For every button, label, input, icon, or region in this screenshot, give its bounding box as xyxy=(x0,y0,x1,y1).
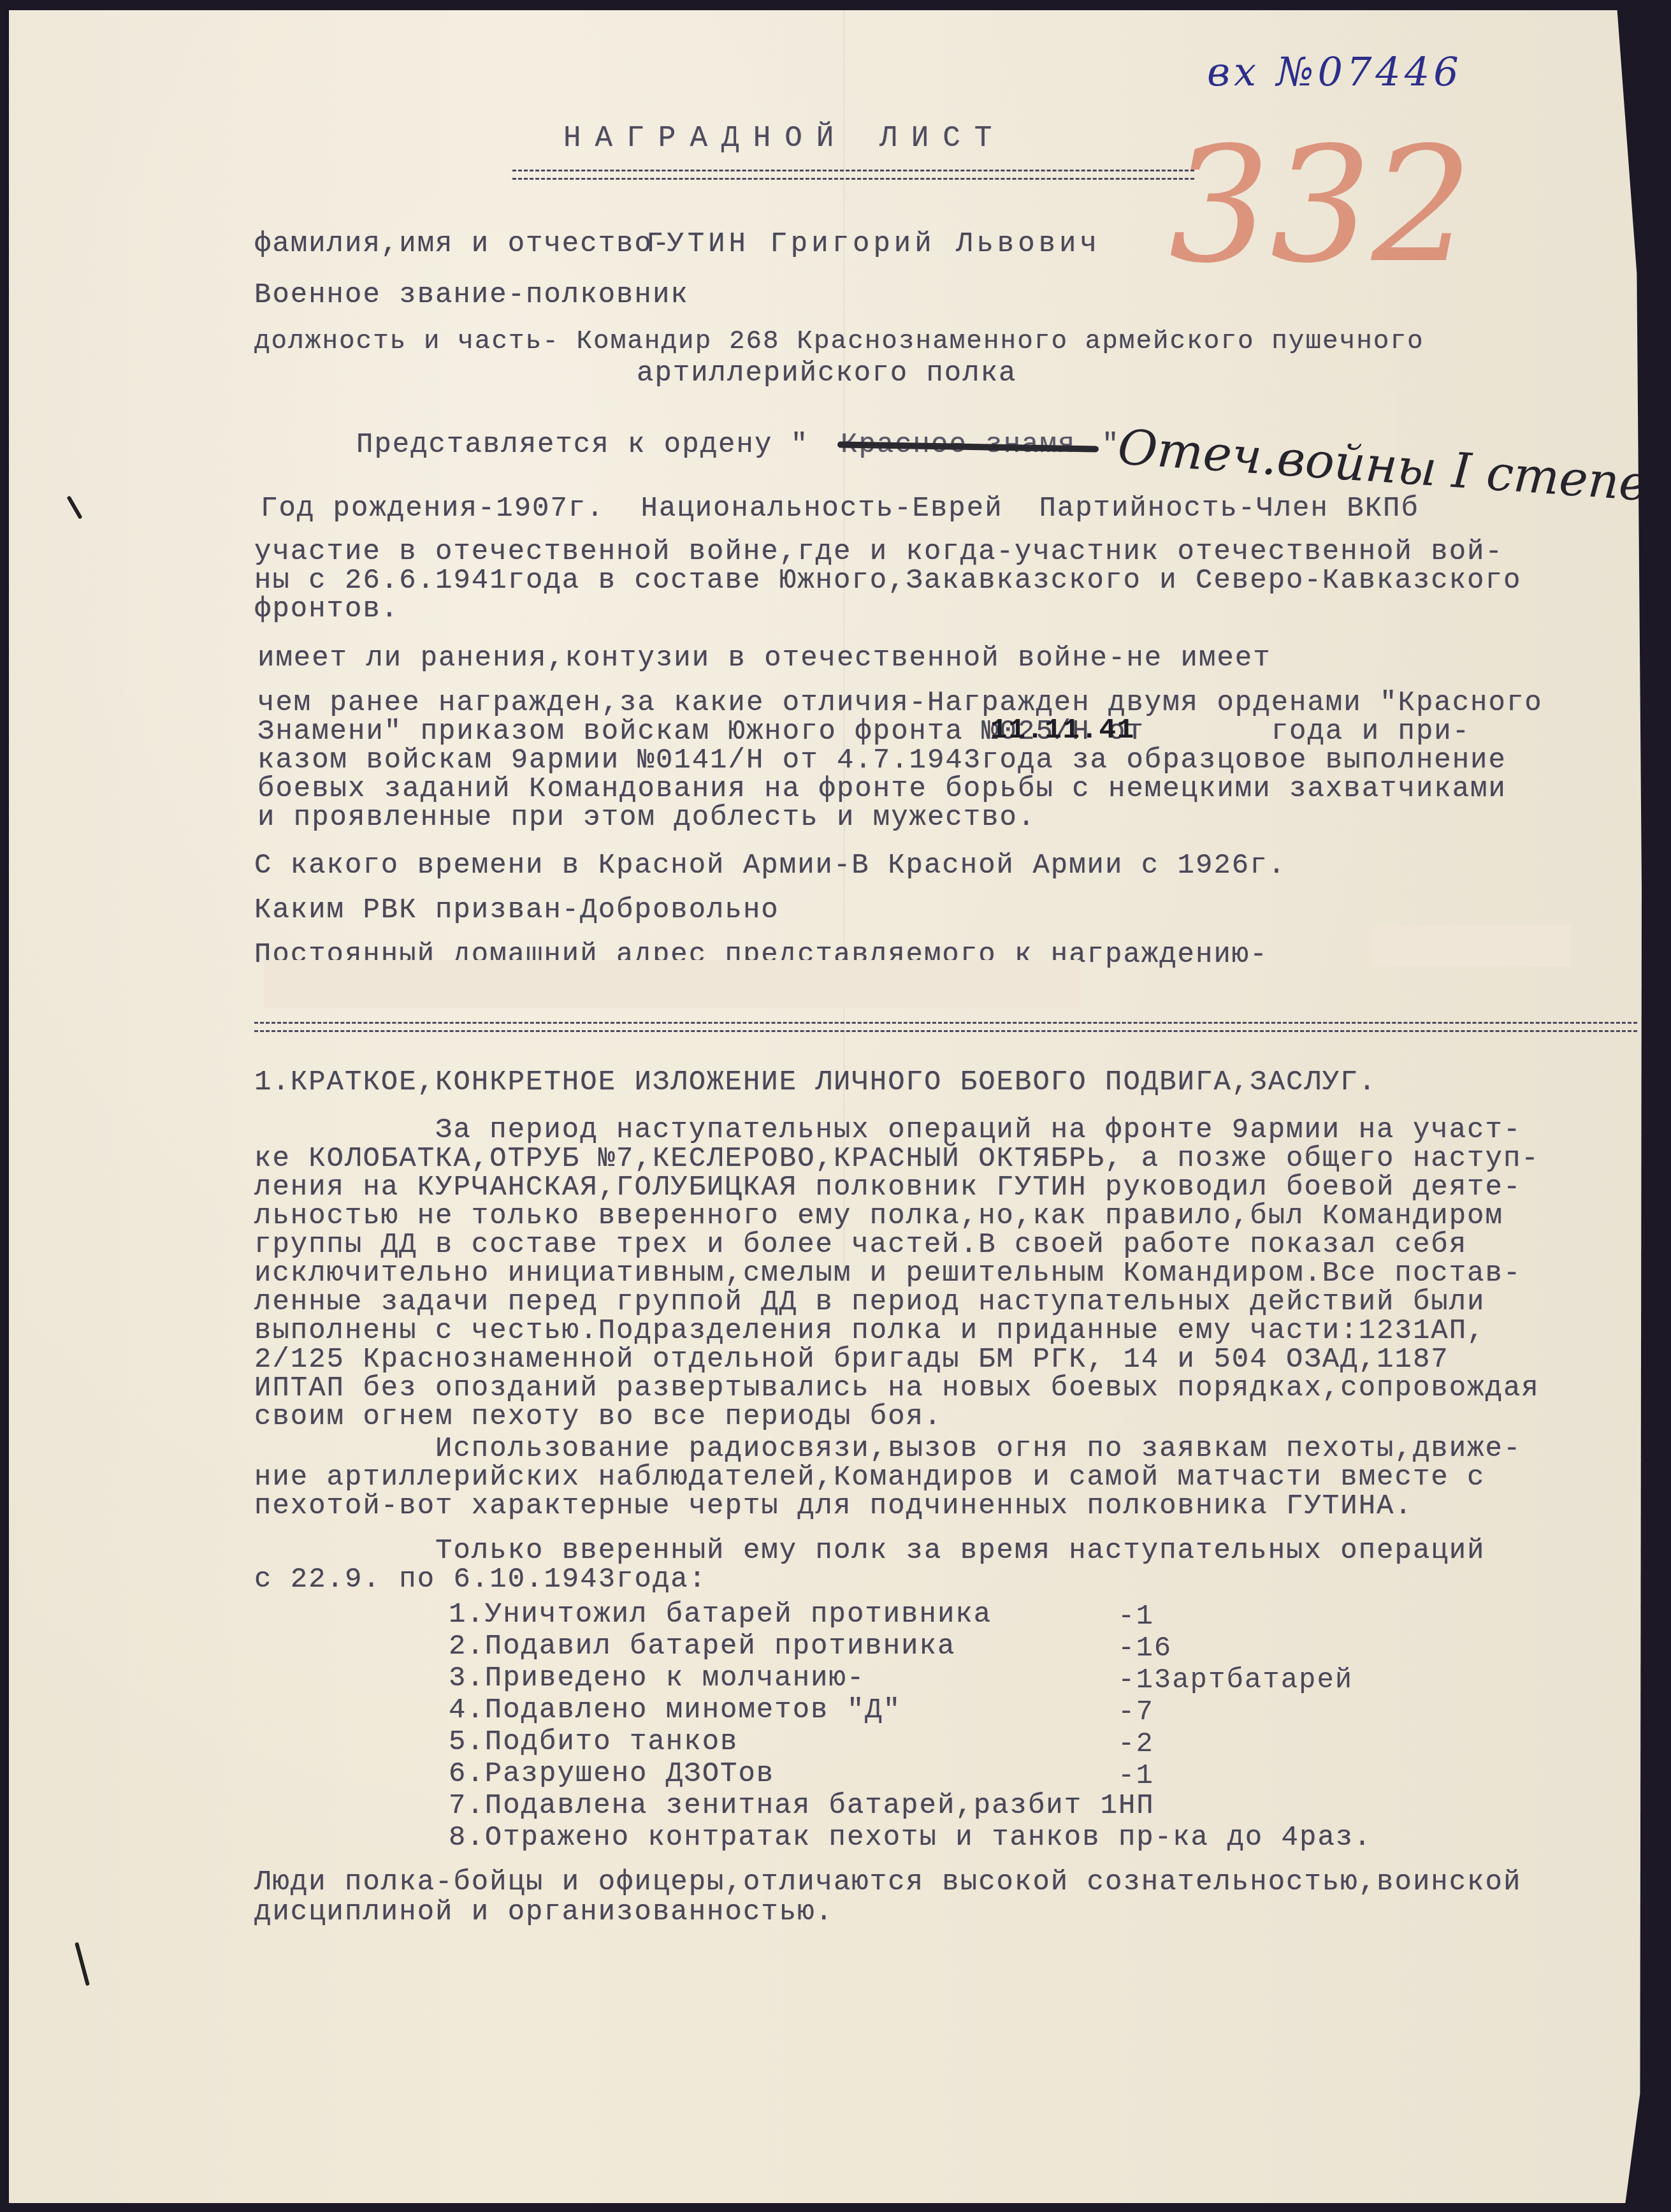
previous-awards-line: чем ранее награжден,за какие отличия-Наг… xyxy=(257,689,1543,717)
narrative-line: группы ДД в составе трех и более частей.… xyxy=(254,1231,1467,1259)
result-item: 1.Уничтожил батарей противника xyxy=(449,1601,992,1629)
margin-ink-mark xyxy=(75,1942,90,1986)
title-double-rule xyxy=(512,170,1194,180)
narrative-line: ке КОЛОБАТКА,ОТРУБ №7,КЕСЛЕРОВО,КРАСНЫЙ … xyxy=(254,1145,1540,1173)
result-value: -7 xyxy=(1118,1696,1154,1728)
wounds-line: имеет ли ранения,контузии в отечественно… xyxy=(257,644,1271,673)
result-item: 7.Подавлена зенитная батарей,разбит 1НП xyxy=(449,1792,1155,1820)
war-participation-line: участие в отечественной войне,где и когд… xyxy=(254,538,1503,566)
narrative-line: исключительно инициативным,смелым и реши… xyxy=(254,1260,1521,1288)
narrative-line: пехотой-вот характерные черты для подчин… xyxy=(254,1492,1413,1520)
result-item: 2.Подавил батарей противника xyxy=(449,1633,955,1661)
result-item: 8.Отражено контратак пехоты и танков пр-… xyxy=(449,1824,1372,1852)
result-value: -2 xyxy=(1118,1728,1154,1760)
previous-awards-line: Знамени" приказом войскам Южного фронта … xyxy=(257,718,1470,746)
result-value: -13артбатарей xyxy=(1118,1664,1353,1696)
narrative-line: Только вверенный ему полк за время насту… xyxy=(254,1537,1486,1565)
result-item: 3.Приведено к молчанию- xyxy=(449,1664,865,1692)
nominated-label: Представляется к ордену " xyxy=(356,431,809,459)
previous-awards-line: казом войскам 9армии №0141/Н от 4.7.1943… xyxy=(257,746,1507,775)
army-since-line: С какого времени в Красной Армии-В Красн… xyxy=(254,852,1286,880)
result-item: 6.Разрушено ДЗОТов xyxy=(449,1760,774,1788)
result-item: 5.Подбито танков xyxy=(449,1728,738,1756)
position-line-1: должность и часть- Командир 268 Краснозн… xyxy=(254,329,1424,355)
name-value: ГУТИН Григорий Львович xyxy=(646,230,1101,258)
closing-line: Люди полка-бойцы и офицеры,отличаются вы… xyxy=(254,1868,1521,1896)
result-value: -1 xyxy=(1118,1601,1154,1633)
narrative-line: льностью не только вверенного ему полка,… xyxy=(254,1202,1503,1230)
narrative-line: Использование радиосвязи,вызов огня по з… xyxy=(254,1435,1521,1463)
closing-line: дисциплиной и организованностью. xyxy=(254,1898,834,1926)
result-value: -16 xyxy=(1118,1633,1172,1664)
previous-awards-line: боевых заданий Командования на фронте бо… xyxy=(257,775,1507,803)
narrative-line: За период наступательных операций на фро… xyxy=(254,1116,1521,1144)
narrative-line: выполнены с честью.Подразделения полка и… xyxy=(254,1317,1486,1345)
position-line-2: артиллерийского полка xyxy=(637,360,1017,388)
narrative-line: ИПТАП без опозданий развертывались на но… xyxy=(254,1374,1540,1402)
birth-nationality-party-line: Год рождения-1907г. Национальность-Еврей… xyxy=(261,495,1419,523)
result-item: 4.Подавлено минометов "Д" xyxy=(449,1696,901,1724)
narrative-line: ние артиллерийских наблюдателей,Командир… xyxy=(254,1464,1486,1492)
redacted-address-part xyxy=(1373,925,1570,966)
narrative-line: своим огнем пехоту во все периоды боя. xyxy=(254,1403,942,1431)
narrative-line: 2/125 Краснознаменной отдельной бригады … xyxy=(254,1346,1449,1374)
previous-awards-line: и проявленные при этом доблесть и мужест… xyxy=(257,804,1036,832)
red-pencil-number: 332 xyxy=(1169,112,1473,298)
section-heading: 1.КРАТКОЕ,КОНКРЕТНОЕ ИЗЛОЖЕНИЕ ЛИЧНОГО Б… xyxy=(254,1068,1377,1096)
narrative-line: ления на КУРЧАНСКАЯ,ГОЛУБИЦКАЯ полковник… xyxy=(254,1174,1521,1202)
rank-line: Военное звание-полковник xyxy=(254,281,689,309)
drafted-by-line: Каким РВК призван-Добровольно xyxy=(254,896,779,924)
archive-number: вх №07446 xyxy=(1207,48,1463,95)
redacted-address xyxy=(264,960,1080,1008)
document-title: НАГРАДНОЙ ЛИСТ xyxy=(563,124,1006,153)
name-label: фамилия,имя и отчество- xyxy=(254,230,670,258)
narrative-line: с 22.9. по 6.10.1943года: xyxy=(254,1566,707,1594)
margin-ink-mark xyxy=(66,495,82,520)
war-participation-line: фронтов. xyxy=(254,595,399,623)
document-sheet: вх №07446 332 НАГРАДНОЙ ЛИСТ фамилия,имя… xyxy=(9,10,1642,2203)
war-participation-line: ны с 26.6.1941года в составе Южного,Зака… xyxy=(254,567,1521,595)
handwritten-date: 11.11.41 xyxy=(990,717,1135,745)
section-double-rule xyxy=(254,1022,1637,1032)
result-value: -1 xyxy=(1118,1760,1154,1792)
narrative-line: ленные задачи перед группой ДД в период … xyxy=(254,1288,1486,1316)
